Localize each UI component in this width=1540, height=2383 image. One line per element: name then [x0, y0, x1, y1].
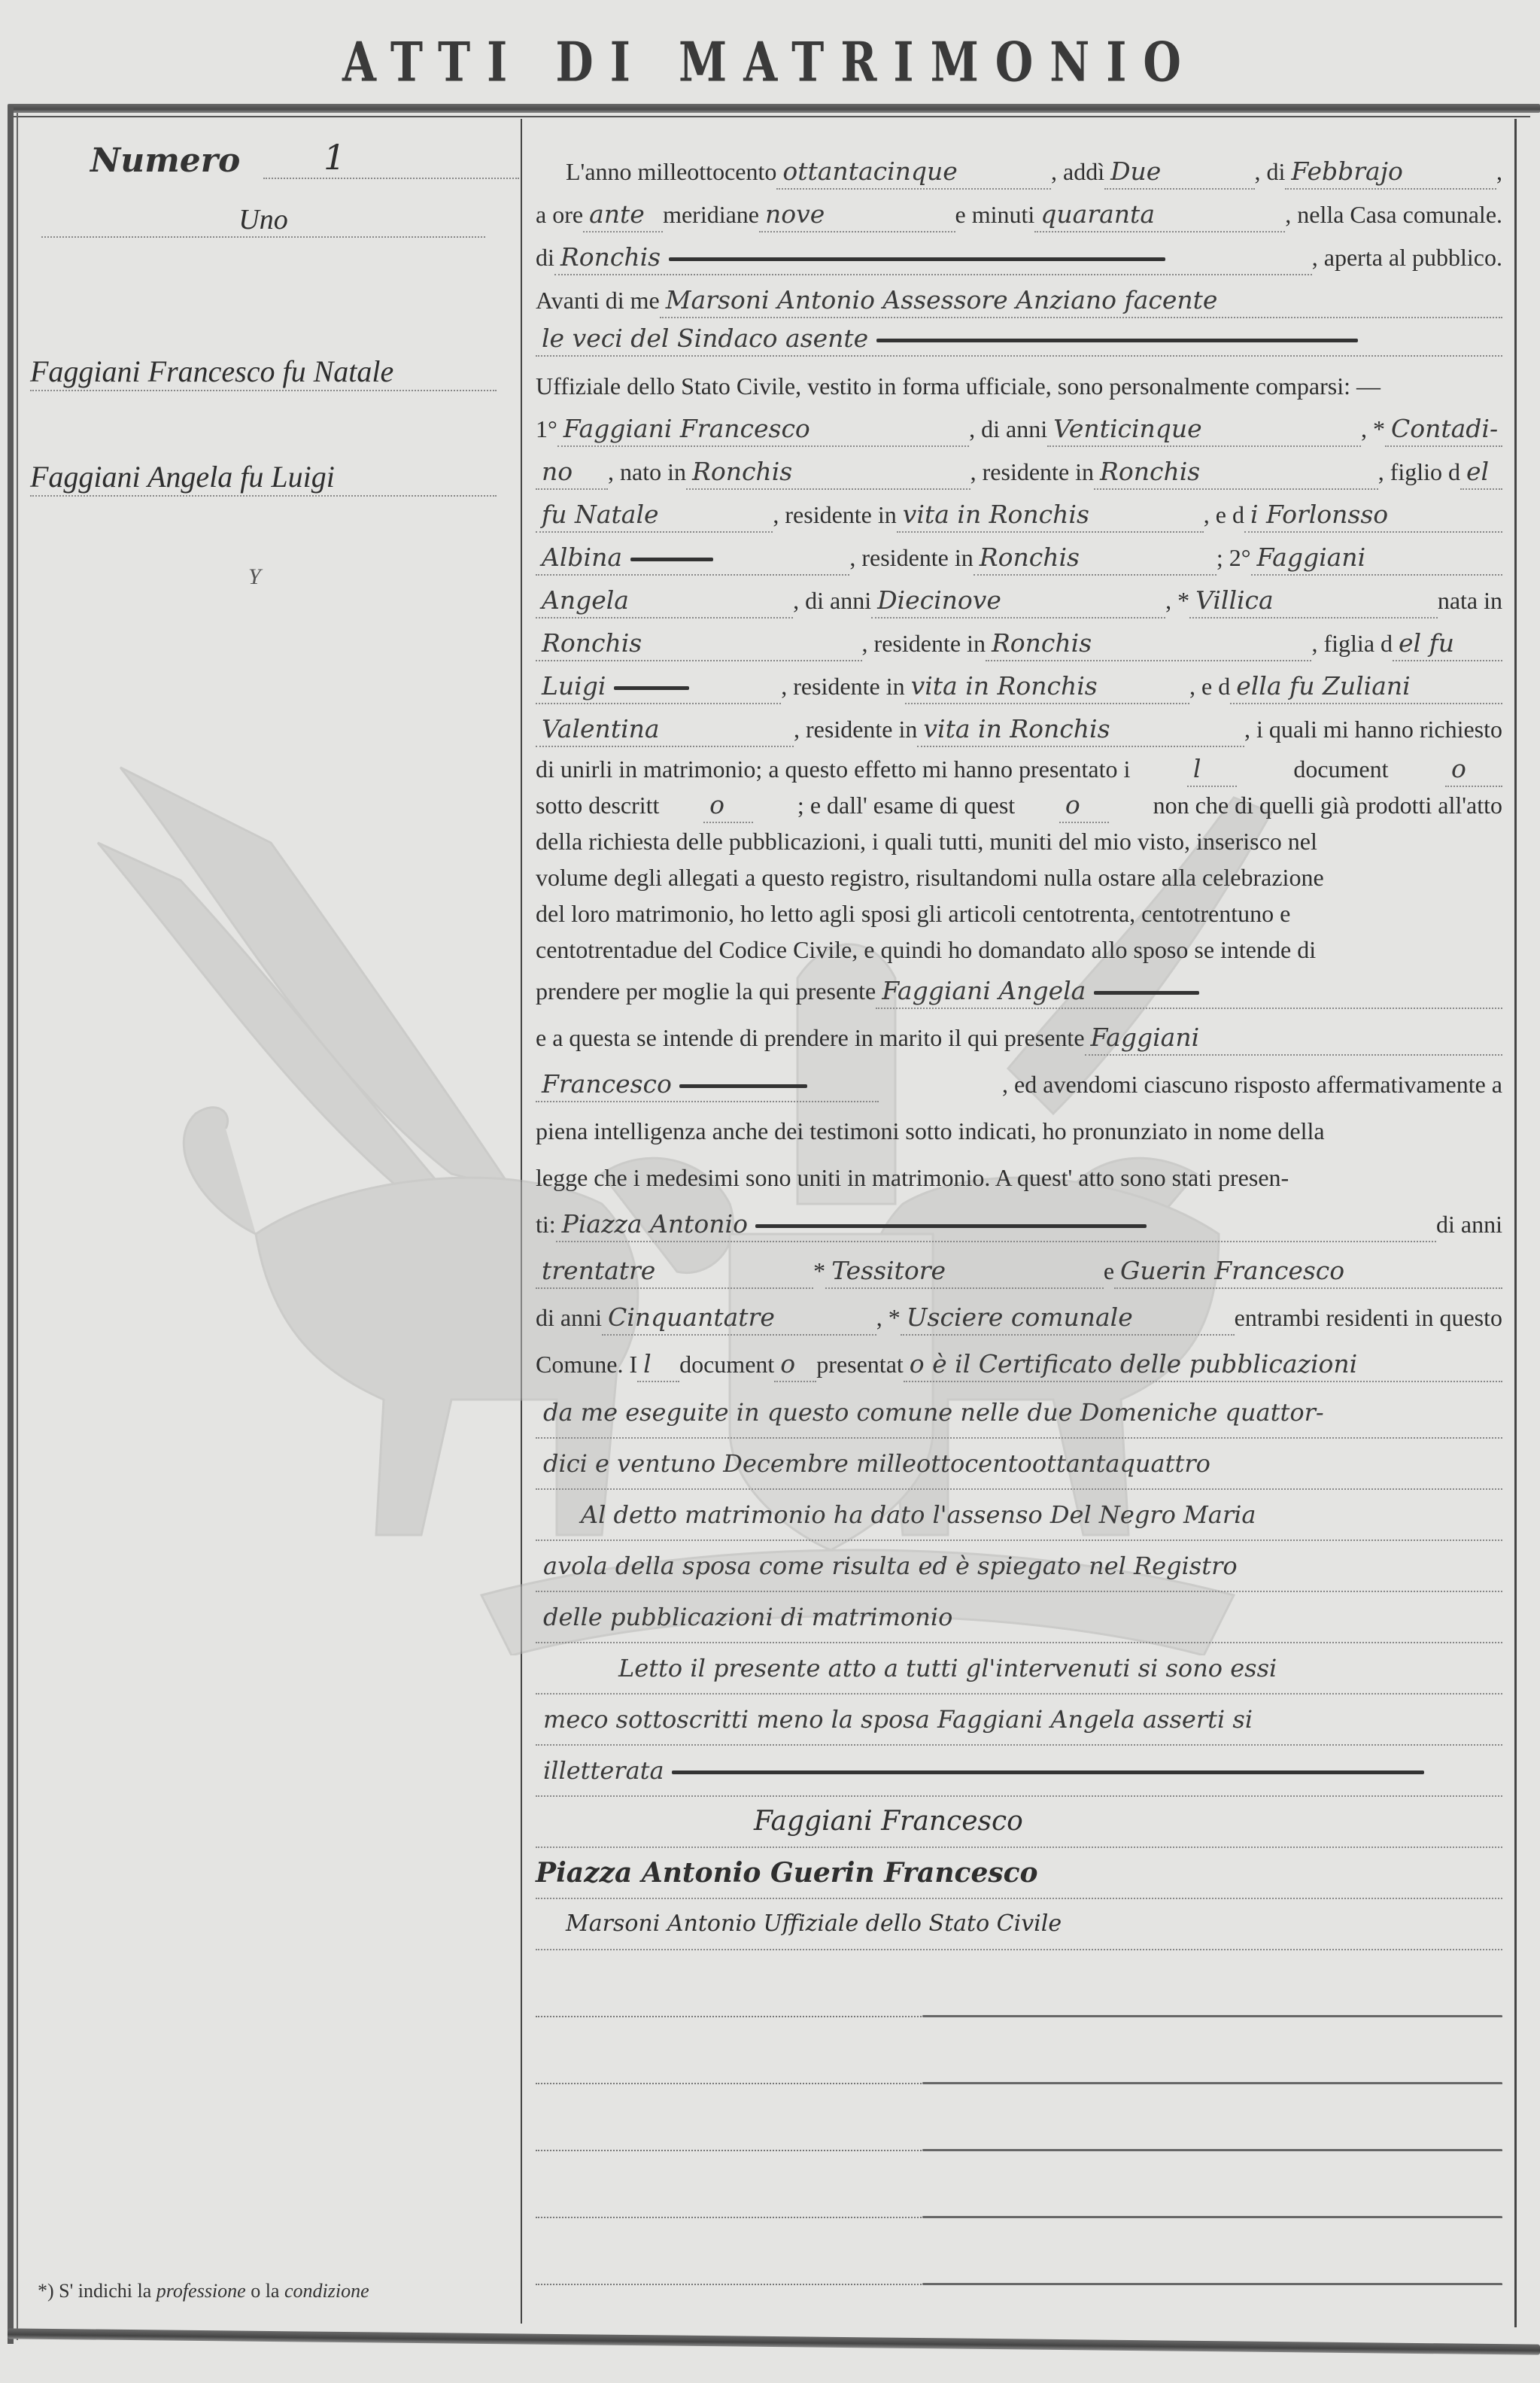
printed-text: , nato in — [608, 451, 686, 494]
record-line-4: Avanti di me Marsoni Antonio Assessore A… — [536, 279, 1502, 322]
printed-text: , residente in — [781, 665, 904, 708]
printed-text: ti: — [536, 1201, 556, 1248]
margin-mark: Y — [248, 564, 261, 590]
witness-1-profession-field[interactable]: Tessitore — [825, 1254, 1104, 1289]
record-line-10: Albina , residente in Ronchis ; 2° Faggi… — [536, 536, 1502, 579]
bride-father-article-field[interactable]: el fu — [1393, 627, 1502, 661]
printed-text: document — [1293, 751, 1388, 787]
frame-top-rule — [11, 116, 1530, 117]
footnote-text-middle: o la — [246, 2280, 284, 2302]
printed-text: legge che i medesimi sono uniti in matri… — [536, 1154, 1289, 1201]
frame-bottom-border — [8, 2328, 1540, 2354]
numero-label: Numero — [90, 141, 240, 180]
groom-birthplace-field[interactable]: Ronchis — [686, 455, 970, 490]
printed-text: , i quali mi hanno richiesto — [1244, 708, 1502, 751]
printed-text: sotto descritt — [536, 787, 659, 823]
printed-text: e — [1104, 1248, 1114, 1294]
bride-consent-value: Faggiani Angela — [882, 976, 1086, 1005]
record-line-6: Uffiziale dello Stato Civile, vestito in… — [536, 365, 1502, 408]
document-suffix-field[interactable]: o — [1445, 752, 1502, 787]
record-line-21: prendere per moglie la qui presente Fagg… — [536, 968, 1502, 1014]
record-line-7: 1° Faggiani Francesco , di anni Venticin… — [536, 408, 1502, 451]
record-line-27: trentatre * Tessitore e Guerin Francesco — [536, 1248, 1502, 1294]
printed-text: di anni — [536, 1294, 602, 1341]
record-line-23: Francesco , ed avendomi ciascuno rispost… — [536, 1061, 1502, 1108]
witness-2-name-field[interactable]: Guerin Francesco — [1114, 1254, 1502, 1289]
printed-text: centotrentadue del Codice Civile, e quin… — [536, 932, 1316, 968]
printed-text: , addì — [1051, 150, 1104, 193]
bride-age-field[interactable]: Diecinove — [871, 584, 1165, 619]
record-line-15: di unirli in matrimonio; a questo effett… — [536, 751, 1502, 787]
printed-text: , ed avendomi ciascuno risposto affermat… — [1002, 1061, 1502, 1108]
record-line-12: Ronchis , residente in Ronchis , figlia … — [536, 622, 1502, 665]
footnote: *) S' indichi la professione o la condiz… — [38, 2280, 369, 2302]
town-value: Ronchis — [560, 242, 661, 272]
descritt-suffix-field[interactable]: o — [703, 789, 753, 823]
notes-line-6[interactable]: Letto il presente atto a tutti gl'interv… — [536, 1643, 1502, 1695]
bride-mother-field-cont[interactable]: Valentina — [536, 713, 794, 747]
groom-name-field[interactable]: Faggiani Francesco — [557, 412, 969, 447]
notes-line-2[interactable]: dici e ventuno Decembre milleottocentoot… — [536, 1439, 1502, 1490]
printed-text: * — [813, 1248, 825, 1294]
month-field[interactable]: Febbrajo — [1285, 155, 1496, 190]
footnote-text: *) S' indichi la — [38, 2280, 156, 2302]
printed-text: document — [679, 1341, 774, 1388]
witness-1-age-field[interactable]: trentatre — [536, 1254, 813, 1289]
record-line-24: piena intelligenza anche dei testimoni s… — [536, 1108, 1502, 1154]
record-line-3: di Ronchis , aperta al pubblico. — [536, 236, 1502, 279]
printed-text: , di — [1255, 150, 1286, 193]
record-line-28: di anni Cinquantatre , * Usciere comunal… — [536, 1294, 1502, 1341]
printed-text: e a questa se intende di prendere in mar… — [536, 1014, 1085, 1061]
record-body: L'anno milleottocento ottantacinque , ad… — [536, 150, 1502, 2285]
printed-text: , * — [1165, 579, 1189, 622]
printed-text: nata in — [1438, 579, 1502, 622]
record-line-8: no , nato in Ronchis , residente in Ronc… — [536, 451, 1502, 494]
bride-surname-field[interactable]: Faggiani — [1251, 541, 1502, 576]
groom-profession-field[interactable]: Contadi- — [1385, 412, 1502, 447]
minutes-field[interactable]: quaranta — [1034, 198, 1285, 233]
bride-mother-residence-field[interactable]: vita in Ronchis — [917, 713, 1244, 747]
record-line-29: Comune. I l document o presentat o è il … — [536, 1341, 1502, 1388]
bride-father-residence-field[interactable]: vita in Ronchis — [905, 670, 1189, 704]
bride-residence-field[interactable]: Ronchis — [986, 627, 1312, 661]
printed-text: del loro matrimonio, ho letto agli sposi… — [536, 895, 1290, 932]
printed-text: della richiesta delle pubblicazioni, i q… — [536, 823, 1317, 859]
footnote-italic-condizione: condizione — [284, 2280, 369, 2302]
town-field[interactable]: Ronchis — [554, 241, 1312, 275]
bride-father-value: Luigi — [542, 671, 606, 701]
record-line-2: a ore ante meridiane nove e minuti quara… — [536, 193, 1502, 236]
blank-signature-line[interactable] — [536, 1950, 1502, 2017]
bride-father-field[interactable]: Luigi — [536, 670, 781, 704]
record-line-25: legge che i medesimi sono uniti in matri… — [536, 1154, 1502, 1201]
printed-text: L'anno milleottocento — [536, 150, 776, 193]
frame-left-rule — [17, 113, 18, 2340]
printed-text: Comune. I — [536, 1341, 637, 1388]
left-margin-column: Numero 1 Uno Faggiani Francesco fu Natal… — [30, 128, 512, 2325]
notes-line-5[interactable]: delle pubblicazioni di matrimonio — [536, 1592, 1502, 1643]
ampm-field[interactable]: ante — [583, 198, 663, 233]
groom-name-field[interactable]: Faggiani Francesco fu Natale — [30, 354, 497, 391]
frame-top-border — [8, 104, 1540, 113]
notes-line-3[interactable]: Al detto matrimonio ha dato l'assenso De… — [536, 1490, 1502, 1541]
groom-consent-name-field[interactable]: Faggiani — [1085, 1021, 1502, 1056]
record-line-5: le veci del Sindaco asente — [536, 322, 1502, 365]
officer-field[interactable]: Marsoni Antonio Assessore Anziano facent… — [660, 284, 1502, 318]
frame-right-border — [1514, 119, 1517, 2327]
groom-father-residence-field[interactable]: vita in Ronchis — [897, 498, 1204, 533]
document-count-field[interactable]: l — [1187, 752, 1237, 787]
printed-text: , residente in — [794, 708, 917, 751]
officer-field-continued[interactable]: le veci del Sindaco asente — [536, 322, 1502, 357]
blank-signature-line[interactable] — [536, 2218, 1502, 2285]
record-line-17: della richiesta delle pubblicazioni, i q… — [536, 823, 1502, 859]
record-line-26: ti: Piazza Antonio di anni — [536, 1201, 1502, 1248]
groom-mother-field-cont[interactable]: Albina — [536, 541, 849, 576]
printed-text: , residente in — [970, 451, 1094, 494]
document-suffix-field-2[interactable]: o — [774, 1348, 816, 1382]
witness-1-value: Piazza Antonio — [562, 1209, 748, 1239]
bride-name-field[interactable]: Angela — [536, 584, 793, 619]
signature-officer[interactable]: Marsoni Antonio Uffiziale dello Stato Ci… — [536, 1899, 1502, 1950]
printed-text: , figlia d — [1311, 622, 1393, 665]
notes-line-8-value: illetterata — [543, 1756, 664, 1785]
printed-text: non che di quelli già prodotti all'atto — [1153, 787, 1502, 823]
bride-name-field[interactable]: Faggiani Angela fu Luigi — [30, 459, 497, 497]
footnote-italic-professione: professione — [156, 2280, 246, 2302]
witness-1-name-field[interactable]: Piazza Antonio — [556, 1208, 1436, 1242]
groom-father-field[interactable]: fu Natale — [536, 498, 773, 533]
record-line-13: Luigi , residente in vita in Ronchis , e… — [536, 665, 1502, 708]
printed-text: di — [536, 236, 554, 279]
groom-profession-field-cont[interactable]: no — [536, 455, 608, 490]
printed-text: , di anni — [793, 579, 871, 622]
quest-suffix-field[interactable]: o — [1059, 789, 1109, 823]
printed-text: , * — [876, 1294, 901, 1341]
year-field[interactable]: ottantacinque — [776, 155, 1051, 190]
printed-text: e minuti — [955, 193, 1035, 236]
printed-text: a ore — [536, 193, 583, 236]
printed-text: , figlio d — [1378, 451, 1460, 494]
witness-2-age-field[interactable]: Cinquantatre — [602, 1301, 876, 1336]
groom-consent-name-cont-field[interactable]: Francesco — [536, 1068, 879, 1102]
printed-text: , residente in — [773, 494, 896, 536]
record-line-19: del loro matrimonio, ho letto agli sposi… — [536, 895, 1502, 932]
printed-text: , di anni — [969, 408, 1047, 451]
bride-profession-field[interactable]: Villica — [1189, 584, 1438, 619]
printed-text: ; 2° — [1217, 536, 1251, 579]
printed-text: prendere per moglie la qui presente — [536, 968, 876, 1014]
officer-value: le veci del Sindaco asente — [542, 324, 868, 353]
day-field[interactable]: Due — [1104, 155, 1254, 190]
record-line-16: sotto descritt o ; e dall' esame di ques… — [536, 787, 1502, 823]
filler-bar — [669, 257, 1165, 261]
record-line-18: volume degli allegati a questo registro,… — [536, 859, 1502, 895]
printed-text: di anni — [1436, 1201, 1502, 1248]
notes-line-8[interactable]: illetterata — [536, 1746, 1502, 1797]
groom-age-field[interactable]: Venticinque — [1047, 412, 1361, 447]
notes-line-4[interactable]: avola della sposa come risulta ed è spie… — [536, 1541, 1502, 1592]
frame-left-border — [8, 105, 14, 2344]
filler-bar — [630, 558, 713, 561]
record-line-22: e a questa se intende di prendere in mar… — [536, 1014, 1502, 1061]
printed-text: piena intelligenza anche dei testimoni s… — [536, 1108, 1325, 1154]
notes-line-7[interactable]: meco sottoscritti meno la sposa Faggiani… — [536, 1695, 1502, 1746]
blank-signature-line[interactable] — [536, 2151, 1502, 2218]
printed-text: presentat — [816, 1341, 904, 1388]
blank-signature-line[interactable] — [536, 2017, 1502, 2084]
bride-mother-field[interactable]: ella fu Zuliani — [1230, 670, 1502, 704]
printed-text: entrambi residenti in questo — [1235, 1294, 1502, 1341]
signature-witnesses[interactable]: Piazza Antonio Guerin Francesco — [536, 1848, 1502, 1899]
groom-mother-residence-field[interactable]: Ronchis — [974, 541, 1217, 576]
record-line-11: Angela , di anni Diecinove , * Villica n… — [536, 579, 1502, 622]
groom-mother-field[interactable]: i Forlonsso — [1244, 498, 1502, 533]
groom-residence-field[interactable]: Ronchis — [1094, 455, 1378, 490]
groom-father-article-field[interactable]: el — [1460, 455, 1502, 490]
printed-text: di unirli in matrimonio; a questo effett… — [536, 751, 1130, 787]
hour-field[interactable]: nove — [759, 198, 955, 233]
printed-text: , nella Casa comunale. — [1285, 193, 1502, 236]
page-title: ATTI DI MATRIMONIO — [0, 30, 1540, 94]
filler-bar — [672, 1771, 1424, 1774]
signature-groom[interactable]: Faggiani Francesco — [536, 1797, 1502, 1848]
printed-text: volume degli allegati a questo registro,… — [536, 859, 1324, 895]
filler-bar — [755, 1224, 1147, 1228]
printed-text: , — [1496, 150, 1502, 193]
document-count-field-2[interactable]: l — [637, 1348, 679, 1382]
printed-text: , e d — [1204, 494, 1244, 536]
witness-2-profession-field[interactable]: Usciere comunale — [901, 1301, 1235, 1336]
printed-text: Uffiziale dello Stato Civile, vestito in… — [536, 365, 1381, 408]
printed-text: meridiane — [663, 193, 759, 236]
bride-consent-name-field[interactable]: Faggiani Angela — [876, 974, 1502, 1009]
printed-text: , e d — [1189, 665, 1230, 708]
column-divider — [521, 119, 522, 2324]
filler-bar — [1094, 991, 1199, 995]
record-number-row: Numero 1 — [90, 141, 527, 187]
filler-bar — [679, 1084, 807, 1088]
printed-text: , aperta al pubblico. — [1312, 236, 1502, 279]
printed-text: , residente in — [862, 622, 986, 665]
blank-signature-line[interactable] — [536, 2084, 1502, 2151]
filler-bar — [614, 686, 689, 690]
printed-text: , residente in — [849, 536, 973, 579]
record-number-words-field[interactable]: Uno — [41, 203, 485, 238]
printed-text: , * — [1361, 408, 1385, 451]
groom-mother-value: Albina — [542, 543, 622, 572]
record-line-14: Valentina , residente in vita in Ronchis… — [536, 708, 1502, 751]
record-line-1: L'anno milleottocento ottantacinque , ad… — [536, 150, 1502, 193]
printed-text: ; e dall' esame di quest — [797, 787, 1015, 823]
record-line-9: fu Natale , residente in vita in Ronchis… — [536, 494, 1502, 536]
printed-text: Avanti di me — [536, 279, 660, 322]
document-description-field[interactable]: o è il Certificato delle pubblicazioni — [904, 1348, 1502, 1382]
groom-consent-value: Francesco — [542, 1069, 672, 1099]
record-number-field[interactable]: 1 — [263, 137, 519, 179]
notes-line-1[interactable]: da me eseguite in questo comune nelle du… — [536, 1388, 1502, 1439]
printed-text: 1° — [536, 408, 557, 451]
record-line-20: centotrentadue del Codice Civile, e quin… — [536, 932, 1502, 968]
filler-bar — [876, 339, 1358, 342]
bride-birthplace-field[interactable]: Ronchis — [536, 627, 862, 661]
